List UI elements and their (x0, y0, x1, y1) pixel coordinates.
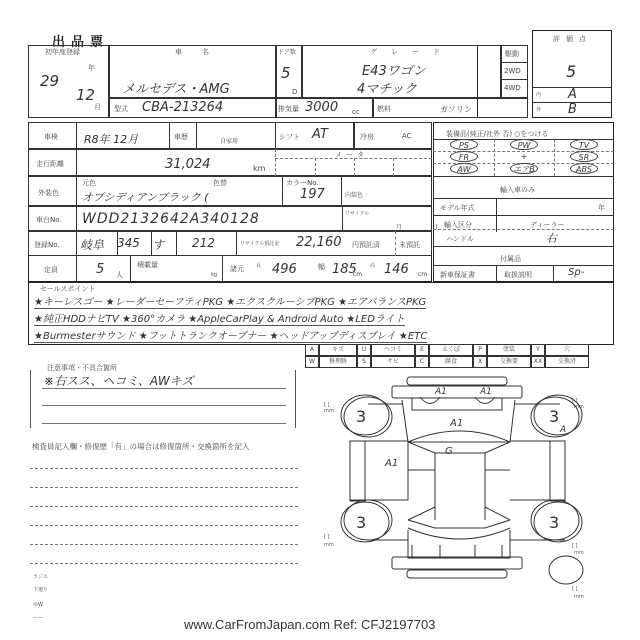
drive-4wd: 4WD (504, 84, 521, 92)
legend-cell: ヘコミ (371, 344, 415, 356)
inspector-line (30, 525, 298, 526)
svg-text:mm: mm (574, 550, 584, 556)
col-divider (282, 176, 283, 206)
legend-cell: サビ (371, 356, 415, 368)
meter-divider (393, 158, 394, 176)
handle-value: 右 (546, 230, 557, 246)
history-sub: 自家用 (220, 136, 238, 145)
svg-text:mm: mm (574, 404, 584, 410)
capacity-label: 定員 (44, 265, 58, 275)
equipment-item: + (510, 151, 538, 162)
height-unit: cm (418, 271, 427, 278)
meter-divider (315, 158, 316, 176)
notes-line (42, 405, 286, 406)
length-value: 496 (272, 262, 297, 277)
svg-text:mm: mm (324, 542, 334, 548)
col-divider (169, 122, 170, 149)
color-value: オブシディアンブラック ( (82, 189, 208, 205)
car-name: メルセデス・AMG (122, 78, 230, 97)
col-divider (341, 176, 342, 206)
inspector-small-2: 下廻り (33, 586, 48, 593)
exterior-label: 外 (536, 106, 541, 113)
attachments-label: 付属品 (500, 254, 521, 264)
recycle-fee: 22,160 (296, 235, 342, 250)
color-no: 197 (300, 187, 325, 202)
eq-divider (433, 265, 614, 266)
year-unit: 年 (88, 63, 95, 73)
first-reg-month: 12 (76, 86, 95, 104)
equipment-item: AW (450, 163, 478, 174)
legend-cell: C (415, 356, 429, 368)
handle-label: ハンドル (446, 234, 474, 244)
doors-unit: D (292, 88, 297, 96)
interior-color-label: 内装色 (345, 190, 363, 199)
eq-col (553, 265, 554, 282)
watermark: www.CarFromJapan.com Ref: CFJ2197703 (184, 617, 435, 632)
inspector-label: 検査員記入欄・修復歴「有」の場合は修復箇所・交換箇所を記入 (32, 441, 250, 452)
legend-cell: E (415, 344, 429, 356)
legend-cell: 穴 (545, 344, 589, 356)
mileage-row (28, 149, 432, 176)
svg-text:A: A (559, 425, 566, 435)
eq-col (496, 265, 497, 282)
length-label: 長 (256, 262, 261, 269)
sales-line-1: ★キーレスゴー ★レーダーセーフティPKG ★エクスクルーシブPKG ★エアバラ… (34, 293, 426, 309)
doors-value: 5 (281, 64, 291, 82)
svg-text:mm: mm (324, 408, 334, 414)
inspector-line (30, 544, 298, 545)
svg-text:A1: A1 (384, 458, 398, 469)
width-label: 幅 (318, 262, 325, 272)
interior-label: 内 (536, 91, 541, 98)
svg-text:A1: A1 (479, 387, 492, 397)
fuel-value: ガソリン (440, 104, 472, 115)
dims-label: 諸元 (230, 264, 244, 274)
legend-cell: X (473, 356, 487, 368)
meter-divider (354, 158, 355, 176)
legend-cell: 交換要 (487, 356, 531, 368)
svg-text:[ ]: [ ] (572, 586, 578, 592)
inspector-small-3: ゆW (33, 601, 43, 608)
legend-cell: XX (531, 356, 545, 368)
plate-number: 212 (192, 236, 215, 250)
legend-cell: U (357, 344, 371, 356)
load-unit: kg (211, 272, 217, 278)
inspector-line (30, 468, 298, 469)
model-year-unit: 年 (598, 203, 605, 213)
shift-label: シフト (279, 132, 300, 142)
car-name-label: 車名 (175, 47, 229, 57)
equipment-item: SR (570, 151, 598, 162)
svg-text:A1: A1 (434, 387, 447, 397)
drive-divider (501, 62, 528, 63)
grade-label: グレード (370, 47, 454, 57)
col-divider (353, 122, 355, 149)
notes-line (42, 423, 286, 424)
svg-text:mm: mm (574, 594, 584, 600)
import-only-label: 輸入車のみ (500, 185, 535, 195)
equipment-header: 装備品(純正/社外 否) ○をつける (446, 129, 548, 139)
color-orig-label: 元色 (82, 178, 96, 188)
first-reg-label: 初年度登録 (45, 47, 80, 57)
displacement-unit: cc (352, 108, 360, 116)
notes-line (42, 388, 286, 389)
col-divider (117, 231, 118, 256)
recycle-label: リサイクル預託金 (240, 240, 279, 247)
model-code-label: 型式 (114, 104, 128, 114)
col-divider (342, 206, 343, 231)
equipment-item: PS (450, 139, 478, 150)
drive-divider2 (501, 79, 528, 80)
eq-col (494, 139, 495, 176)
inspector-line (30, 487, 298, 488)
col-divider (275, 122, 276, 149)
col-divider (130, 256, 131, 282)
doors-label: ドア数 (278, 47, 296, 56)
recycle-status: 未預託 (399, 240, 420, 250)
capacity-unit: 人 (116, 270, 123, 280)
svg-text:3: 3 (549, 407, 559, 426)
interior-score: A (568, 87, 577, 102)
load-label: 積載量 (137, 260, 158, 270)
inspection-value: R8年 12月 (84, 131, 138, 147)
legend-cell: 交換済 (545, 356, 589, 368)
recycle-divider (395, 231, 396, 256)
legend-cell: えくぼ (429, 344, 473, 356)
inspection-label: 車検 (44, 132, 58, 142)
car-diagram: [ ]mm [ ]mm [ ]mm [ ]mm [ ]mm A1A1A1GA1A… (310, 370, 640, 620)
mileage-value: 31,024 (165, 157, 211, 172)
score-label: 評価点 (553, 34, 592, 44)
col-divider (196, 122, 197, 149)
equipment-item: PW (510, 139, 538, 150)
manual-label: 取扱説明 (504, 270, 532, 280)
inspector-line (30, 563, 298, 564)
eq-col (554, 139, 555, 176)
exterior-score: B (568, 102, 577, 117)
legend-cell: W (305, 356, 319, 368)
meter-divider (275, 149, 276, 176)
recycle-unit: 円預託済 (352, 240, 380, 250)
sales-line-2: ★純正HDDナビTV ★360°カメラ ★AppleCarPlay & Andr… (34, 310, 405, 326)
month-unit: 月 (94, 102, 101, 112)
eq-divider (433, 176, 614, 177)
equipment-item: ABS (570, 163, 598, 174)
svg-text:[ ]: [ ] (324, 534, 330, 540)
plate-label: 登録No. (34, 240, 60, 250)
capacity-value: 5 (96, 262, 104, 277)
col-divider (151, 231, 152, 256)
col-divider (176, 231, 177, 256)
legend-cell: キズ (319, 344, 357, 356)
col-divider (236, 231, 237, 256)
color-change-label: 色替 (213, 178, 227, 188)
svg-text:3: 3 (356, 513, 366, 532)
inspector-small-4: ーー (33, 614, 43, 621)
chassis-label: 車台No. (36, 215, 62, 225)
legend-cell: 腐食 (429, 356, 473, 368)
chassis-value: WDD2132642A340128 (82, 211, 260, 227)
shift-value: AT (312, 127, 328, 142)
height-label: 高 (370, 262, 375, 269)
manual-value: Sp- (568, 267, 584, 278)
drive-2wd: 2WD (504, 67, 521, 75)
svg-text:3: 3 (549, 513, 559, 532)
displacement-value: 3000 (305, 100, 338, 115)
equipment-item: TV (570, 139, 598, 150)
legend-cell: A (305, 344, 319, 356)
eq-row (433, 229, 614, 230)
model-year-label: モデル年式 (440, 203, 475, 213)
inspector-line (30, 506, 298, 507)
svg-text:A1: A1 (449, 418, 463, 429)
eq-divider (433, 198, 614, 199)
sales-line-3: ★Burmesterサウンド ★フットトランクオープナー ★ヘッドアップディスプ… (34, 327, 427, 343)
eq-divider (433, 246, 614, 247)
score-value: 5 (566, 62, 576, 81)
svg-text:G: G (445, 446, 453, 457)
equipment-item: エアB (510, 163, 538, 174)
height-value: 146 (384, 262, 409, 277)
equipment-item: FR (450, 151, 478, 162)
color-label: 外装色 (38, 188, 59, 198)
col-divider (222, 256, 223, 282)
legend-cell: P (473, 344, 487, 356)
legend-cell: S (357, 356, 371, 368)
mileage-unit: km (253, 164, 265, 173)
drive-label: 駆動 (505, 49, 519, 59)
recall-label: リサイクル (345, 210, 369, 217)
plate-region: 岐阜 (80, 236, 104, 253)
eq-divider (433, 215, 614, 216)
ac-label: 冷房 (360, 132, 374, 142)
mileage-label: 走行距離 (36, 159, 64, 169)
width-unit: cm (353, 271, 362, 278)
plate-kana: す (152, 236, 164, 253)
inspector-small-1: ラジエ (33, 573, 48, 580)
legend-cell: 塗装 (487, 344, 531, 356)
ac-value: AC (402, 132, 412, 140)
displacement-label: 排気量 (278, 104, 299, 114)
grade-line2: 4マチック (357, 78, 417, 97)
fuel-label: 燃料 (377, 104, 391, 114)
svg-text:3: 3 (356, 407, 366, 426)
svg-text:[ ]: [ ] (572, 543, 578, 549)
model-code: CBA-213264 (142, 100, 223, 115)
notes-text: ※右スス、ヘコミ、AWキズ (44, 372, 194, 389)
warranty-label: 新車保証書 (440, 270, 475, 280)
legend-cell: Y (531, 344, 545, 356)
plate-class: 345 (117, 236, 140, 250)
first-reg-year: 29 (40, 72, 59, 90)
grade-line1: E43ワゴン (362, 60, 426, 79)
legend-cell: 修理跡 (319, 356, 357, 368)
history-label: 車歴 (174, 132, 188, 142)
